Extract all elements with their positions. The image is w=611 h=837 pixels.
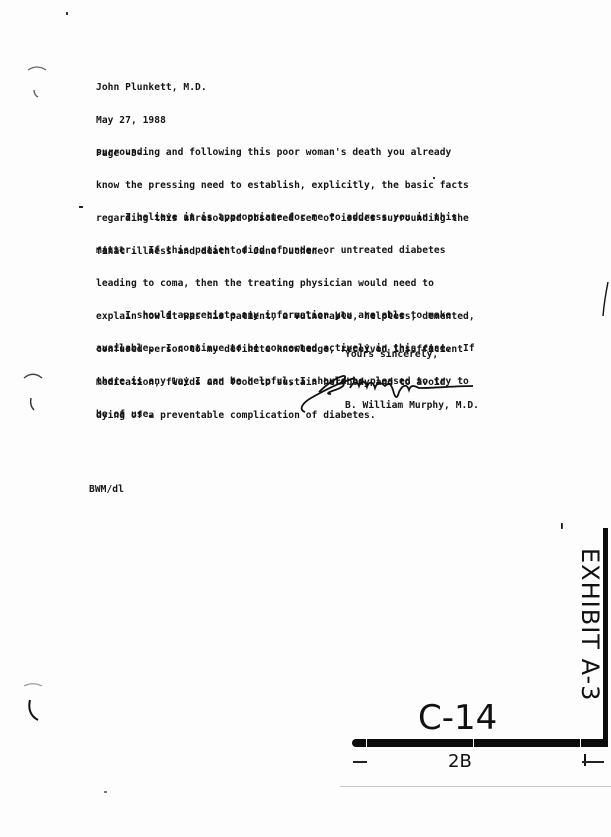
stamp-bar-gap	[366, 739, 367, 747]
paragraph-line: I should appreciate any information you …	[96, 310, 475, 321]
margin-pen-mark	[600, 280, 611, 320]
speck	[433, 177, 435, 179]
signature-scribble	[295, 370, 495, 420]
document-page: John Plunkett, M.D. May 27, 1988 Page -3…	[0, 0, 611, 837]
typist-initials: BWM/dl	[89, 484, 124, 495]
speck	[66, 12, 68, 15]
punch-hole-mark-bottom	[22, 678, 46, 728]
exhibit-dash-bottom	[584, 754, 586, 766]
case-number: C-14	[418, 698, 497, 738]
paragraph-line: surrounding and following this poor woma…	[96, 147, 469, 158]
sub-number: 2B	[448, 751, 472, 772]
bar-tick-right	[582, 761, 604, 763]
punch-hole-mark-top	[26, 64, 50, 104]
signature-name: B. William Murphy, M.D.	[345, 400, 479, 411]
stamp-bar-gap	[580, 739, 581, 747]
punch-hole-mark-middle	[22, 370, 46, 415]
speck	[104, 791, 107, 793]
closing: Yours sincerely,	[345, 349, 438, 360]
speck	[79, 206, 83, 208]
scan-edge-line	[340, 786, 611, 787]
exhibit-label: EXHIBIT A-3	[576, 548, 604, 701]
bar-tick-left	[353, 761, 367, 763]
stamp-bar-gap	[473, 739, 474, 747]
exhibit-dash-top: -	[550, 522, 575, 530]
exhibit-stamp-horizontal-bar	[352, 739, 608, 747]
paragraph-line: matter. If this patient died of under or…	[96, 245, 475, 256]
recipient-line: John Plunkett, M.D.	[96, 82, 207, 93]
paragraph-line: I believe it is appropriate for me to ad…	[96, 212, 475, 223]
